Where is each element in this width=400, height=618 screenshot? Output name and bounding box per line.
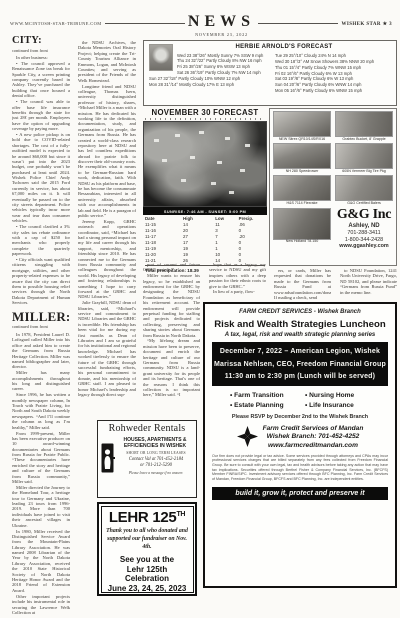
lehr-cta-line: See you at the [105, 555, 190, 565]
farm-credit-logo-icon [237, 426, 258, 447]
cell-low: 7 [215, 235, 238, 240]
rohweder-title: Rohweder Rentals [100, 424, 194, 434]
organizer-block: Farm Credit Services of MandanWishek Bra… [212, 425, 388, 449]
photo-caption: NEW Sitrex QR10/14S/RX16 [273, 138, 331, 142]
lehr-cta: See you at theLehr 125th CelebrationJune… [105, 555, 190, 594]
rohweder-message-note: Please leave a message if no answer. [118, 471, 194, 475]
map-temp-chip [245, 144, 250, 147]
article-paragraph: • The council approved a Renaissance Zon… [12, 61, 70, 99]
miller-article-title: MILLER: [12, 310, 70, 323]
lehr-cta-line: June 23, 24, 25, 2023 [105, 584, 190, 594]
article-paragraph: • The council clarified a 3% city sales … [12, 224, 70, 256]
forecast-day-line: Fri 02 16°/6° Partly Cloudy 6% W 13 mph [275, 71, 393, 76]
lehr-ad-inner: LEHR 125TH Thank you to all who donated … [101, 506, 194, 593]
equipment-listing: G&G Certified Balers [335, 175, 393, 205]
article-paragraph: In other business: [12, 55, 70, 60]
cell-low: 1 [215, 247, 238, 252]
ad-disclaimer: Our firm does not provide legal or tax a… [212, 454, 388, 482]
lehr-anniversary-ad: LEHR 125TH Thank you to all who donated … [97, 502, 197, 596]
equipment-listing: New Holland T8.150 [273, 208, 331, 250]
rohweder-rentals-ad: Rohweder Rentals HOUSES, APARTMENTS & EF… [97, 420, 197, 498]
photo-caption: NH 280 Speedrower [273, 170, 331, 174]
lehr-thank-you: Thank you to all who donated and support… [105, 528, 190, 551]
map-temp-chip [154, 139, 159, 142]
contact-phone: Contact Val at 701-452-2184 [129, 457, 184, 462]
article-paragraph: In 1980, Miller received the Distinguish… [12, 529, 70, 594]
site-url: WWW.MCINTOSH-STAR-TRIBUNE.COM [10, 21, 102, 26]
forecast-day-line: Wed 30 18°/3° AM Snow Showers 38% NNW 20… [275, 59, 393, 64]
table-row: 11-16 20 3 0 [145, 229, 265, 234]
cell-precip: 0 [239, 229, 265, 234]
event-banner-line: December 7, 2022 – American Legion, Wish… [214, 348, 386, 355]
cell-precip: 0 [239, 253, 265, 258]
rsvp-note: Please RSVP by December 2nd to the Wishe… [212, 414, 388, 420]
cell-precip: .20 [239, 235, 265, 240]
article-paragraph: In lieu of a party, flow- [209, 289, 266, 294]
cell-high: 19 [183, 247, 215, 252]
article-paragraph: Julie Graybill, NDSU dean of libraries, … [78, 300, 136, 397]
article-paragraph: to NDSU Foundation, 1241 North Universit… [340, 268, 397, 295]
cell-high: 14 [183, 223, 215, 228]
event-banner-line: 11:30 am to 2:30 pm (Lunch will be serve… [214, 373, 386, 380]
cell-low: 11 [215, 223, 238, 228]
cell-high: 20 [183, 229, 215, 234]
dealer-name: G&G Inc [335, 208, 393, 222]
photo-caption: Grabtec Bucket, 8' Grapple [335, 138, 393, 142]
photo-caption: G&G Certified Balers [335, 202, 393, 206]
forecast-table-rows: 11-15 14 11 .06 11-16 20 3 0 11-17 [145, 223, 265, 264]
cell-date: 11-21 [145, 259, 183, 264]
us-weather-map [143, 121, 267, 207]
table-row: 11-19 19 1 0 [145, 247, 265, 252]
cell-high: 17 [183, 241, 215, 246]
article-column-3: port of current and future GRHC projects… [143, 262, 200, 414]
dealer-phone: 701-288-3411 [335, 230, 393, 236]
photo-caption: New Holland T8.150 [273, 240, 331, 244]
article-paragraph: Miller has many accomplishments througho… [12, 370, 70, 392]
edition-label: WISHEK STAR ★ 3 [341, 21, 392, 27]
cell-date: 11-17 [145, 235, 183, 240]
farm-credit-ad: FARM CREDIT SERVICES - Wishek Branch Ris… [203, 302, 397, 588]
masthead: NEWS NOVEMBER 23, 2022 [188, 14, 255, 37]
article-column-2: the NDSU Archives, the Dakota Memories O… [78, 40, 136, 422]
forecast-day-line: Sat 03 19°/8° Partly Cloudy 6% W 13 mph [275, 76, 393, 81]
dealer-city: Ashley, ND [335, 223, 393, 229]
map-temp-chip [211, 182, 216, 185]
map-temp-chip [181, 179, 186, 182]
photo-caption: H&S 7114 Flexrake [273, 202, 331, 206]
rohweder-contact: Contact Val at 701-452-2184 or 701-212-5… [118, 457, 194, 469]
article-paragraph: “My lifelong dream and mission have been… [143, 338, 200, 397]
sunrise-sunset-banner: SUNRISE: 7:46 AM - SUNSET: 5:00 PM [143, 207, 267, 215]
table-row: 11-15 14 11 .06 [145, 223, 265, 228]
equipment-listing: NEW Sitrex QR10/14S/RX16 [273, 111, 331, 141]
article-paragraph: Since 1996, he has written a monthly new… [12, 392, 70, 430]
ad-kicker: FARM CREDIT SERVICES - Wishek Branch [212, 309, 388, 315]
photo-caption: 605N Vermeer Big Tire Pkg [335, 170, 393, 174]
article-paragraph: • The council was able to offer base lif… [12, 99, 70, 131]
bullet-item: Estate Planning [230, 402, 303, 409]
article-paragraph: Other important projects include his ins… [12, 594, 70, 614]
equipment-photo-grid: NEW Sitrex QR10/14S/RX16 Grabtec Bucket,… [273, 111, 393, 206]
cell-low: 1 [215, 241, 238, 246]
cell-high: 19 [183, 253, 215, 258]
article-paragraph: the NDSU Archives, the Dakota Memories O… [78, 40, 136, 83]
header-rule-left [105, 23, 185, 24]
cell-precip: 0 [239, 241, 265, 246]
cell-date: 11-20 [145, 253, 183, 258]
map-temp-chip [199, 131, 204, 134]
lehr-title: LEHR 125TH [105, 510, 190, 525]
table-row: 11-17 27 7 .20 [145, 235, 265, 240]
newspaper-page: WWW.MCINTOSH-STAR-TRIBUNE.COM NEWS NOVEM… [0, 0, 400, 618]
topic-bullets: Farm TransitionNursing HomeEstate Planni… [230, 392, 378, 409]
equipment-listing: H&S 7114 Flexrake [273, 175, 331, 205]
event-banner: December 7, 2022 – American Legion, Wish… [212, 342, 388, 386]
dealer-info: G&G Inc Ashley, ND 701-288-3411 1-800-34… [335, 208, 393, 250]
event-banner-line: Marissa Nehlsen, CEO, Freedom Financial … [214, 361, 386, 368]
table-row: 11-18 17 1 0 [145, 241, 265, 246]
header: WWW.MCINTOSH-STAR-TRIBUNE.COM NEWS NOVEM… [10, 14, 392, 38]
tick-row [145, 118, 265, 120]
dealer-phone-tollfree: 1-800-344-2428 [335, 237, 393, 243]
equipment-photo [273, 143, 331, 169]
tagline-strip: build it, grow it, protect and preserve … [212, 487, 388, 500]
forecast-day-line: Sun 27 32°/18° Partly Cloudy 10% WNW 12 … [149, 76, 271, 81]
forecast-day-line: Thu 01 15°/4° Partly Cloudy 7% WNW 15 mp… [275, 65, 393, 70]
equipment-listing: Grabtec Bucket, 8' Grapple [335, 111, 393, 141]
cell-low: 3 [215, 229, 238, 234]
cell-precip: .06 [239, 223, 265, 228]
cell-precip: 0 [239, 259, 265, 264]
article-paragraph: Miller wants to ensure his legacy, so he… [143, 273, 200, 338]
miller-article-header: MILLER: continued from front [12, 310, 70, 329]
map-temp-chip [190, 156, 195, 159]
rohweder-lease-note: SHORT OR LONG TERM LEASES [118, 451, 194, 455]
city-article-title: CITY: [12, 36, 70, 47]
article-paragraph: In 1978, President Laurel D. Loftsgard c… [12, 332, 70, 370]
org-line: www.farmcreditmandan.com [263, 442, 364, 449]
total-precip: Total precipitation: 18.39 [145, 265, 265, 273]
col-header-precip: Precip. [239, 217, 265, 222]
equipment-photo [335, 175, 393, 201]
org-line: Wishek Branch: 701-452-4252 [263, 433, 364, 440]
bullet-item: Life Insurance [305, 402, 378, 409]
article-paragraph: From 1999-present, Miller has been execu… [12, 431, 70, 485]
lehr-title-text: LEHR 125 [109, 509, 177, 526]
col-header-date: Date [145, 217, 183, 222]
cell-high: 26 [183, 259, 215, 264]
cell-low: 10 [215, 253, 238, 258]
city-article-header: CITY: continued from front [12, 36, 70, 53]
equipment-photo [335, 143, 393, 169]
equipment-listing: 605N Vermeer Big Tire Pkg [335, 143, 393, 173]
nov30-forecast-box: NOVEMBER 30 FORECAST SUNRISE: 7:46 AM - … [143, 108, 267, 273]
dealer-website: www.ggashley.com [335, 243, 393, 249]
org-line: Farm Credit Services of Mandan [263, 425, 364, 432]
map-temp-chip [175, 134, 180, 137]
continued-note: continued from front [12, 324, 70, 329]
luncheon-subtitle: A tax, legal, risk and wealth strategic … [212, 332, 388, 338]
forecast-table-header: Date High Low Precip. [145, 217, 265, 222]
equipment-photo [273, 175, 331, 201]
forecast-day-line: Sun 04 20°/6° Partly Cloudy 6% WNW 14 mp… [275, 82, 393, 87]
continued-note: continued from front [12, 48, 70, 53]
equipment-photo [335, 111, 393, 137]
bullet-item: Nursing Home [305, 392, 378, 399]
cell-date: 11-19 [145, 247, 183, 252]
article-paragraph: Jeremy Kopp, GRHC outreach and operation… [78, 219, 136, 300]
lehr-cta-line: Lehr 125th Celebration [105, 565, 190, 585]
issue-date: NOVEMBER 23, 2022 [195, 32, 248, 37]
door-person-icon [101, 443, 116, 473]
col-header-low: Low [215, 217, 238, 222]
gg-equipment-ad: NEW Sitrex QR10/14S/RX16 Grabtec Bucket,… [269, 108, 397, 266]
equipment-photo [273, 111, 331, 137]
city-article-body: In other business:• The council approved… [12, 55, 70, 305]
nov30-title: NOVEMBER 30 FORECAST [143, 108, 267, 117]
forecast-day-line: Mon 28 31°/14° Mostly Cloudy 17% E 13 mp… [149, 82, 271, 87]
map-temp-chip [229, 191, 234, 194]
col-header-high: High [183, 217, 215, 222]
organizer-lines: Farm Credit Services of MandanWishek Bra… [263, 425, 364, 449]
cell-date: 11-18 [145, 241, 183, 246]
header-rule-right [258, 23, 338, 24]
cell-high: 27 [183, 235, 215, 240]
map-temp-chip [162, 159, 167, 162]
herbie-portrait-photo [149, 44, 173, 71]
article-paragraph: ers, or cards, Miller has requested that… [274, 268, 331, 300]
forecast-day-line: Tue 29 25°/10° Cloudy 24% N 14 mph [275, 53, 393, 58]
article-paragraph: Longtime friend and NDSU colleague, Thom… [78, 84, 136, 219]
forecast-table: Date High Low Precip. 11-15 14 11 .06 11… [143, 217, 267, 273]
article-paragraph: • A new police pickup is on hold due to … [12, 132, 70, 224]
cell-low: 14 [215, 259, 238, 264]
cell-precip: 0 [239, 247, 265, 252]
map-temp-chip [225, 137, 230, 140]
equipment-listing: NH 280 Speedrower [273, 143, 331, 173]
table-row: 11-21 26 14 0 [145, 259, 265, 264]
ad-bottom-row: New Holland T8.150 G&G Inc Ashley, ND 70… [273, 208, 393, 250]
map-temp-chip [240, 169, 245, 172]
cell-date: 11-16 [145, 229, 183, 234]
luncheon-title: Risk and Wealth Strategies Luncheon [212, 319, 388, 330]
miller-article-col1: In 1978, President Laurel D. Loftsgard c… [12, 332, 70, 614]
section-title: NEWS [188, 14, 255, 30]
article-column-1: CITY: continued from front In other busi… [12, 36, 70, 614]
article-paragraph: Miller directed the Journey to the Homel… [12, 485, 70, 528]
bullet-item: Farm Transition [230, 392, 303, 399]
herbie-forecast-box: HERBIE ARNOLD'S FORECAST Wed 23 38°/26° … [143, 40, 397, 106]
map-temp-chip [217, 161, 222, 164]
rohweder-services: HOUSES, APARTMENTS & EFFICIENCIES IN WIS… [118, 437, 192, 450]
contact-phone-alt: or 701-212-5290 [140, 463, 172, 468]
lehr-title-sup: TH [176, 511, 185, 518]
forecast-days-right: Tue 29 25°/10° Cloudy 24% N 14 mphWed 30… [275, 53, 393, 94]
table-row: 11-20 19 10 0 [145, 253, 265, 258]
article-paragraph: • City officials want qualified citizens… [12, 257, 70, 306]
herbie-forecast-title: HERBIE ARNOLD'S FORECAST [149, 44, 391, 50]
equipment-photo [273, 208, 331, 240]
forecast-day-line: Mon 05 16°/6° Partly Cloudy 6% WNW 15 mp… [275, 88, 393, 93]
cell-date: 11-15 [145, 223, 183, 228]
